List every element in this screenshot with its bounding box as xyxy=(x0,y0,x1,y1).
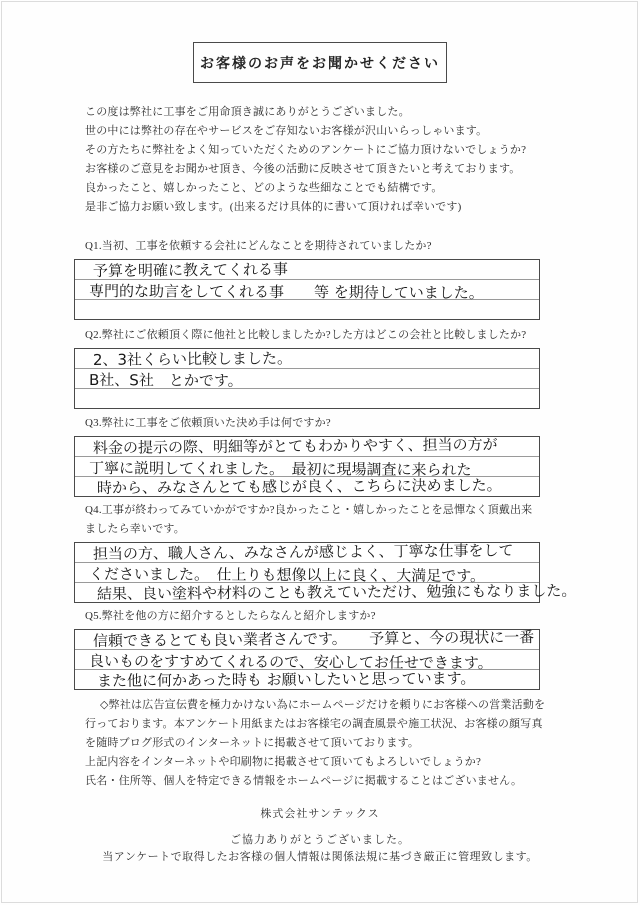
intro-line: 良かったこと、嬉しかったこと、どのような些細なことでも結構です。 xyxy=(85,179,640,198)
answer-row: くださいました。 仕上りも想像以上に良く、大満足です。 xyxy=(75,563,539,583)
answer-row: 担当の方、職人さん、みなさんが感じよく、丁寧な仕事をして xyxy=(75,543,539,563)
answer-box-q2: 2、3社くらい比較しました。 B社、S社 とかです。 xyxy=(74,348,540,409)
intro-line: 是非ご協力お願い致します。(出来るだけ具体的に書いて頂ければ幸いです) xyxy=(85,198,640,217)
intro-line: この度は弊社に工事をご用命頂き誠にありがとうございました。 xyxy=(85,103,640,122)
handwritten-answer: 結果、良い塗料や材料のことも教えていただけ、勉強にもなりました。 xyxy=(97,584,576,602)
answer-row: 時から、みなさんとても感じが良く、こちらに決めました。 xyxy=(75,477,539,496)
footer-note-line: 上記内容をインターネットや印刷物に掲載させて頂いてもよろしいでしょうか? xyxy=(85,753,640,772)
question-label-q2: Q2.弊社にご依頼頂く際に他社と比較しましたか?した方はどこの会社と比較しました… xyxy=(85,326,537,345)
answer-row xyxy=(75,389,539,408)
answer-row: B社、S社 とかです。 xyxy=(75,369,539,389)
answer-box-q4: 担当の方、職人さん、みなさんが感じよく、丁寧な仕事をして くださいました。 仕上… xyxy=(74,542,540,603)
footer-note: ◇弊社は広告宣伝費を極力かけない為にホームページだけを頼りにお客様への営業活動を… xyxy=(85,696,640,791)
intro-paragraph: この度は弊社に工事をご用命頂き誠にありがとうございました。 世の中には弊社の存在… xyxy=(85,103,640,217)
handwritten-answer: 丁寧に説明してくれました。 最初に現場調査に来られた xyxy=(89,461,472,478)
handwritten-answer: 時から、みなさんとても感じが良く、こちらに決めました。 xyxy=(97,478,502,496)
handwritten-answer: また他に何かあった時も お願いしたいと思っています。 xyxy=(97,671,476,689)
footer-note-line: ◇弊社は広告宣伝費を極力かけない為にホームページだけを頼りにお客様への営業活動を xyxy=(85,696,640,715)
thanks-line: ご協力ありがとうございました。 xyxy=(0,831,640,847)
question-label-q3: Q3.弊社に工事をご依頼頂いた決め手は何ですか? xyxy=(85,414,537,433)
question-block-q3: Q3.弊社に工事をご依頼頂いた決め手は何ですか? 料金の提示の際、明細等がとても… xyxy=(74,414,640,497)
answer-box-q5: 信頼できるとても良い業者さんです。 予算と、今の現状に一番 良いものをすすめてく… xyxy=(74,629,540,690)
answer-row: 料金の提示の際、明細等がとてもわかりやすく、担当の方が xyxy=(75,437,539,457)
title-box: お客様のお声をお聞かせください xyxy=(193,42,447,83)
handwritten-answer: くださいました。 仕上りも想像以上に良く、大満足です。 xyxy=(89,567,485,584)
intro-line: その方たちに弊社をよく知っていただくためのアンケートにご協力頂けないでしょうか? xyxy=(85,141,640,160)
survey-page: お客様のお声をお聞かせください この度は弊社に工事をご用命頂き誠にありがとうござ… xyxy=(0,0,640,905)
handwritten-answer: 料金の提示の際、明細等がとてもわかりやすく、担当の方が xyxy=(93,437,498,456)
intro-line: 世の中には弊社の存在やサービスをご存知ないお客様が沢山いらっしゃいます。 xyxy=(85,122,640,141)
question-label-q5: Q5.弊社を他の方に紹介するとしたらなんと紹介しますか? xyxy=(85,607,537,626)
answer-row: 専門的な助言をしてくれる事 等 を期待していました。 xyxy=(75,280,539,300)
handwritten-answer: 信頼できるとても良い業者さんです。 予算と、今の現状に一番 xyxy=(93,630,534,649)
answer-box-q3: 料金の提示の際、明細等がとてもわかりやすく、担当の方が 丁寧に説明してくれました… xyxy=(74,436,540,497)
handwritten-answer: 2、3社くらい比較しました。 xyxy=(93,351,292,368)
privacy-note: 当アンケートで取得したお客様の個人情報は関係法規に基づき厳正に管理致します。 xyxy=(0,848,640,864)
answer-row: 良いものをすすめてくれるので、安心してお任せできます。 xyxy=(75,650,539,670)
footer-note-line: 行っております。本アンケート用紙またはお客様宅の調査風景や施工状況、お客様の顔写… xyxy=(85,715,640,734)
handwritten-answer: B社、S社 とかです。 xyxy=(89,373,243,389)
company-name: 株式会社サンテックス xyxy=(0,805,640,821)
answer-row: 2、3社くらい比較しました。 xyxy=(75,349,539,369)
question-block-q5: Q5.弊社を他の方に紹介するとしたらなんと紹介しますか? 信頼できるとても良い業… xyxy=(74,607,640,690)
answer-row: 結果、良い塗料や材料のことも教えていただけ、勉強にもなりました。 xyxy=(75,583,539,602)
answer-box-q1: 予算を明確に教えてくれる事 専門的な助言をしてくれる事 等 を期待していました。 xyxy=(74,259,540,320)
answer-row: 予算を明確に教えてくれる事 xyxy=(75,260,539,280)
question-block-q2: Q2.弊社にご依頼頂く際に他社と比較しましたか?した方はどこの会社と比較しました… xyxy=(74,326,640,409)
answer-row: 信頼できるとても良い業者さんです。 予算と、今の現状に一番 xyxy=(75,630,539,650)
answer-row xyxy=(75,300,539,319)
page-title: お客様のお声をお聞かせください xyxy=(194,53,446,73)
question-label-q4: Q4.工事が終わってみていかがですか?良かったこと・嬉しかったことを忌憚なく頂戴… xyxy=(85,501,537,539)
intro-line: お客様のご意見をお聞かせ頂き、今後の活動に反映させて頂きたいと考えております。 xyxy=(85,160,640,179)
footer-note-line: を随時ブログ形式のインターネットに掲載させて頂いております。 xyxy=(85,734,640,753)
handwritten-answer: 良いものをすすめてくれるので、安心してお任せできます。 xyxy=(89,654,493,671)
answer-row: また他に何かあった時も お願いしたいと思っています。 xyxy=(75,670,539,689)
question-block-q1: Q1.当初、工事を依頼する会社にどんなことを期待されていましたか? 予算を明確に… xyxy=(74,237,640,320)
handwritten-answer: 予算を明確に教えてくれる事 xyxy=(93,262,288,279)
answer-row: 丁寧に説明してくれました。 最初に現場調査に来られた xyxy=(75,457,539,477)
handwritten-answer: 担当の方、職人さん、みなさんが感じよく、丁寧な仕事をして xyxy=(93,543,514,562)
handwritten-answer: 専門的な助言をしてくれる事 等 を期待していました。 xyxy=(89,284,484,301)
question-label-q1: Q1.当初、工事を依頼する会社にどんなことを期待されていましたか? xyxy=(85,237,537,256)
footer-note-line: 氏名・住所等、個人を特定できる情報をホームページに掲載することはございません。 xyxy=(85,772,640,791)
question-block-q4: Q4.工事が終わってみていかがですか?良かったこと・嬉しかったことを忌憚なく頂戴… xyxy=(74,501,640,603)
